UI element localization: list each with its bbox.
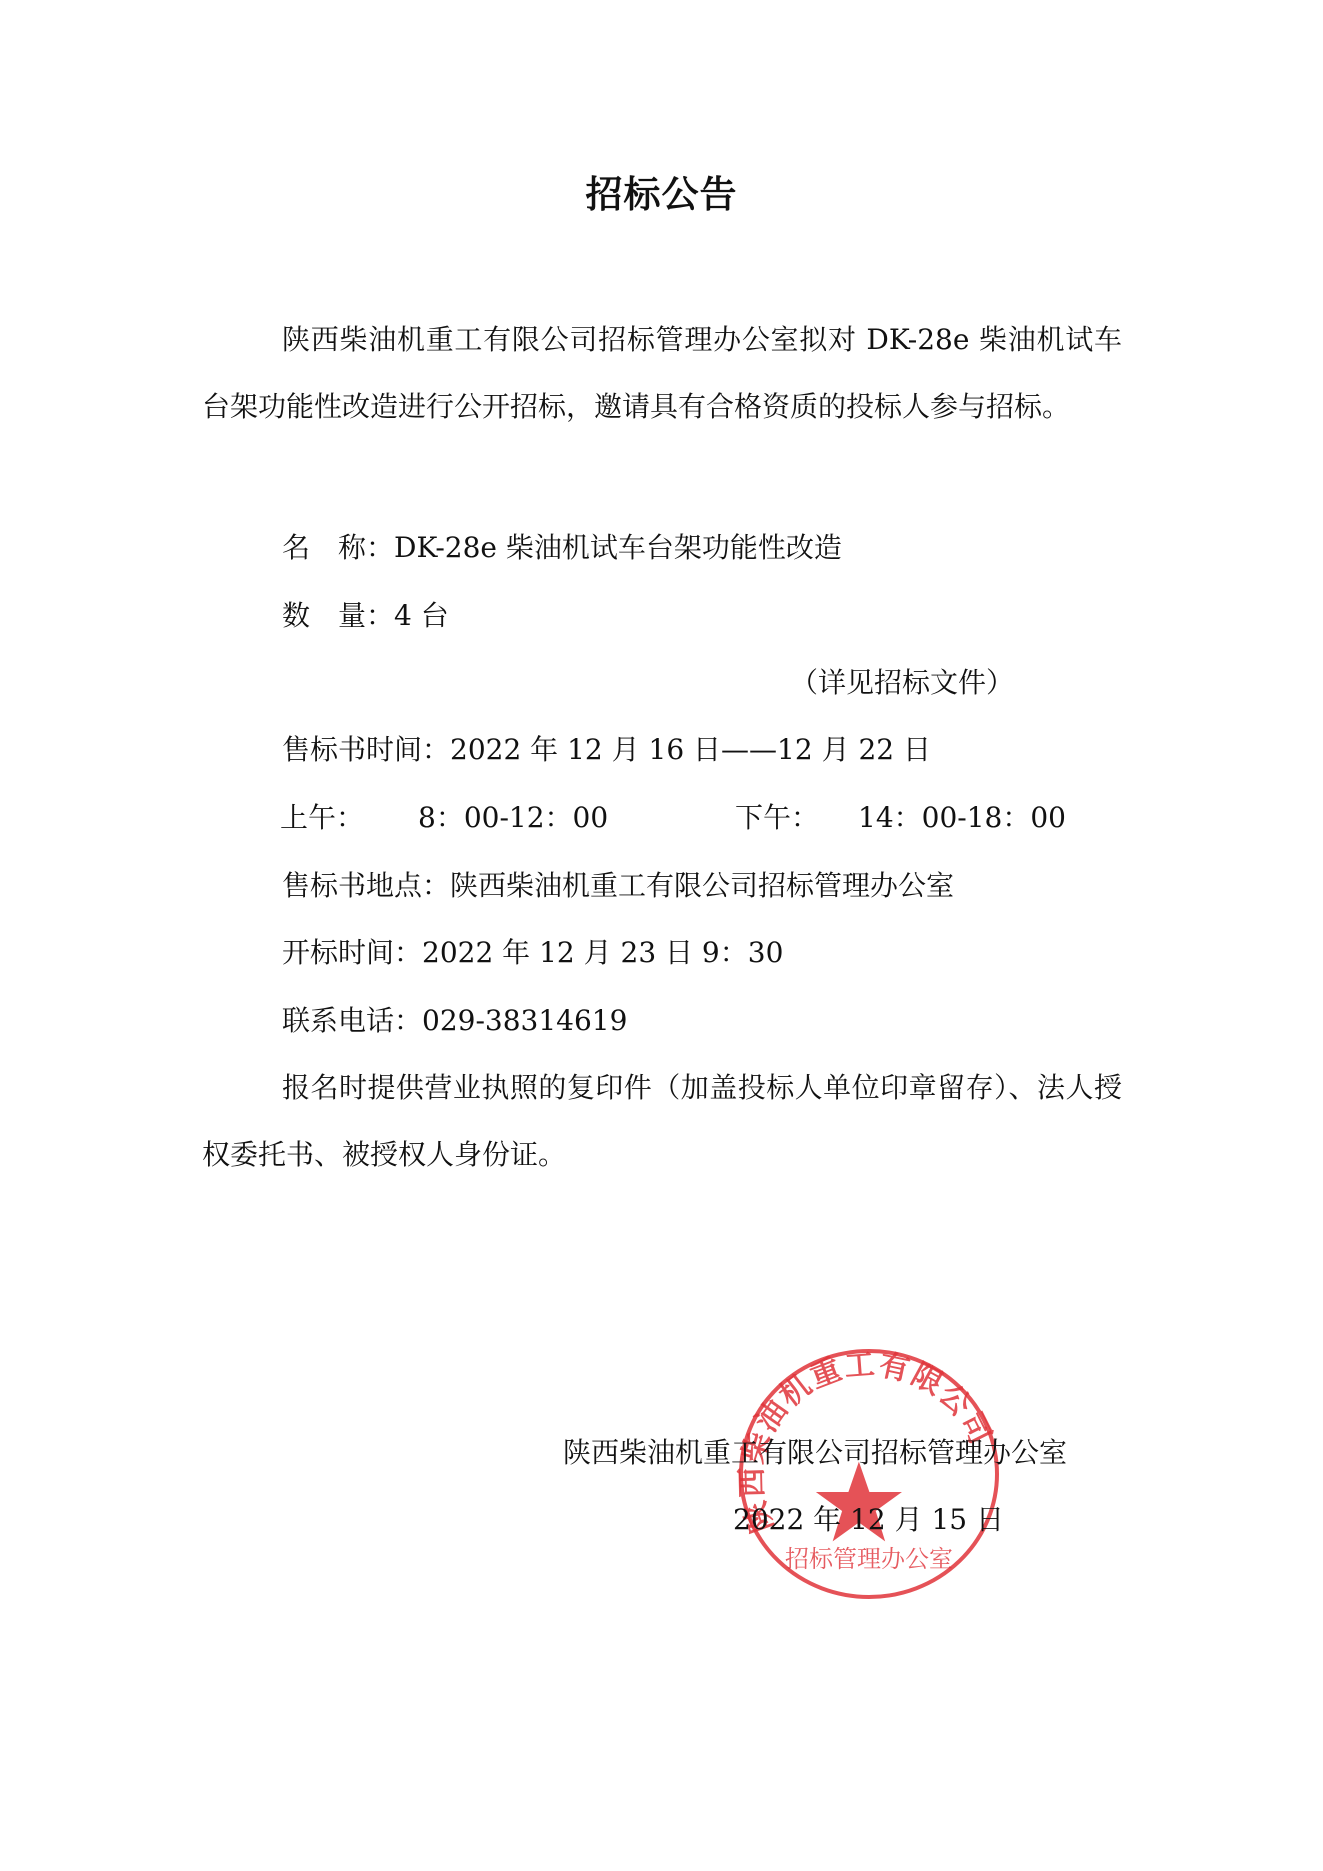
document-title: 招标公告	[0, 172, 1323, 218]
sale-place-field: 售标书地点：陕西柴油机重工有限公司招标管理办公室	[282, 866, 954, 906]
official-seal-icon: 陕西柴油机重工有限公司 招标管理办公室	[735, 1345, 1003, 1603]
seal-bottom-text: 招标管理办公室	[785, 1545, 953, 1573]
sale-place-label: 售标书地点：	[282, 869, 450, 902]
sale-time-value: 2022 年 12 月 16 日——12 月 22 日	[450, 733, 931, 766]
phone-field: 联系电话：029-38314619	[282, 1001, 627, 1041]
requirements-paragraph: 报名时提供营业执照的复印件（加盖投标人单位印章留存）、法人授权委托书、被授权人身…	[202, 1054, 1122, 1188]
quantity-label: 数 量：	[282, 599, 394, 632]
opening-time-field: 开标时间：2022 年 12 月 23 日 9：30	[282, 933, 783, 973]
signature-organization: 陕西柴油机重工有限公司招标管理办公室	[563, 1433, 1067, 1473]
opening-time-label: 开标时间：	[282, 936, 422, 969]
phone-value: 029-38314619	[422, 1004, 627, 1037]
see-docs-note: （详见招标文件）	[790, 663, 1014, 703]
phone-label: 联系电话：	[282, 1004, 422, 1037]
name-label: 名 称：	[282, 531, 394, 564]
quantity-value: 4 台	[394, 599, 449, 632]
morning-label: 上午：	[280, 798, 364, 838]
morning-hours: 8：00-12：00	[418, 798, 608, 838]
quantity-field: 数 量：4 台	[282, 596, 449, 636]
afternoon-hours: 14：00-18：00	[858, 798, 1066, 838]
sale-time-label: 售标书时间：	[282, 733, 450, 766]
sale-time-field: 售标书时间：2022 年 12 月 16 日——12 月 22 日	[282, 730, 931, 770]
sale-place-value: 陕西柴油机重工有限公司招标管理办公室	[450, 869, 954, 902]
name-value: DK-28e 柴油机试车台架功能性改造	[394, 531, 842, 564]
office-hours-row: 上午： 8：00-12：00 下午： 14：00-18：00	[0, 798, 1323, 838]
intro-paragraph: 陕西柴油机重工有限公司招标管理办公室拟对 DK-28e 柴油机试车台架功能性改造…	[202, 306, 1122, 440]
document-page: 招标公告 陕西柴油机重工有限公司招标管理办公室拟对 DK-28e 柴油机试车台架…	[0, 0, 1323, 1871]
name-field: 名 称：DK-28e 柴油机试车台架功能性改造	[282, 528, 842, 568]
signature-date: 2022 年 12 月 15 日	[733, 1500, 1004, 1540]
opening-time-value: 2022 年 12 月 23 日 9：30	[422, 936, 783, 969]
afternoon-label: 下午：	[735, 798, 819, 838]
